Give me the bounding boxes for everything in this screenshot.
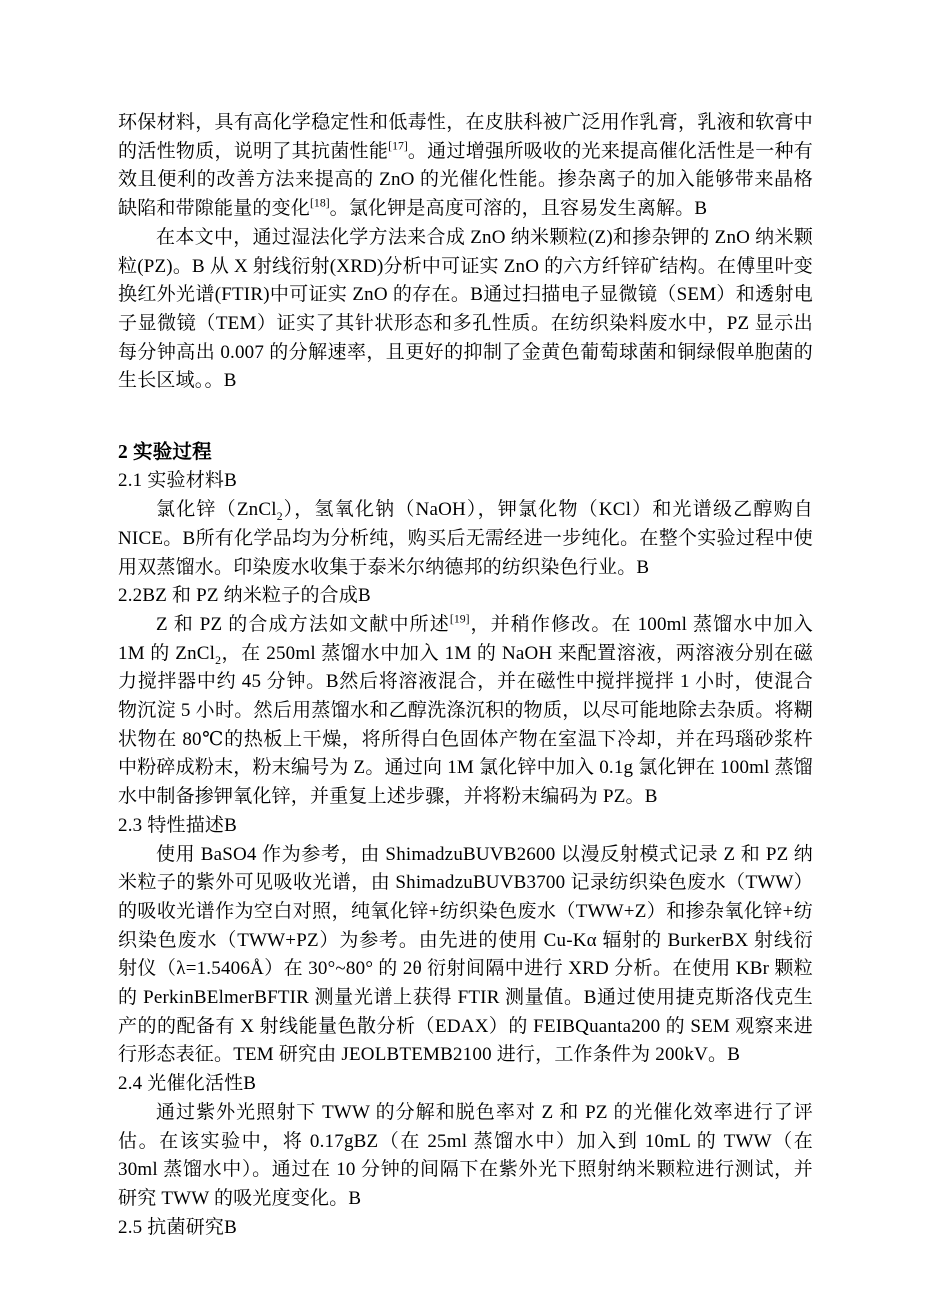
- reference-superscript: [17]: [388, 139, 408, 152]
- text-run: 在本文中，通过湿法化学方法来合成 ZnO 纳米颗粒(Z)和掺杂钾的 ZnO 纳米…: [118, 227, 813, 392]
- section-heading-2-1: 2.1 实验材料B: [118, 467, 813, 496]
- text-run: 2.5 抗菌研究B: [118, 1217, 237, 1238]
- reference-superscript: [18]: [310, 197, 330, 210]
- text-run: 2.1 实验材料B: [118, 470, 237, 491]
- text-run: Z 和 PZ 的合成方法如文献中所述: [156, 614, 450, 635]
- section-heading-2-2: 2.2BZ 和 PZ 纳米粒子的合成B: [118, 582, 813, 611]
- blank-line: [118, 396, 813, 425]
- text-run: 通过紫外光照射下 TWW 的分解和脱色率对 Z 和 PZ 的光催化效率进行了评估…: [118, 1102, 813, 1209]
- paragraph-intro-continued: 环保材料，具有高化学稳定性和低毒性，在皮肤科被广泛用作乳膏，乳液和软膏中的活性物…: [118, 109, 813, 224]
- section-heading-2: 2 实验过程: [118, 439, 813, 468]
- text-run: 使用 BaSO4 作为参考，由 ShimadzuBUVB2600 以漫反射模式记…: [118, 844, 813, 1066]
- reference-superscript: [19]: [450, 613, 470, 626]
- document-content: 环保材料，具有高化学稳定性和低毒性，在皮肤科被广泛用作乳膏，乳液和软膏中的活性物…: [118, 109, 813, 1242]
- section-heading-2-4: 2.4 光催化活性B: [118, 1070, 813, 1099]
- paragraph-photocatalytic: 通过紫外光照射下 TWW 的分解和脱色率对 Z 和 PZ 的光催化效率进行了评估…: [118, 1099, 813, 1214]
- text-run: 2 实验过程: [118, 442, 212, 463]
- paragraph-characterization: 使用 BaSO4 作为参考，由 ShimadzuBUVB2600 以漫反射模式记…: [118, 841, 813, 1071]
- text-run: 2.2BZ 和 PZ 纳米粒子的合成B: [118, 585, 371, 606]
- text-run: 2.3 特性描述B: [118, 815, 237, 836]
- section-heading-2-3: 2.3 特性描述B: [118, 812, 813, 841]
- paragraph-materials: 氯化锌（ZnCl2），氢氧化钠（NaOH），钾氯化物（KCl）和光谱级乙醇购自 …: [118, 496, 813, 582]
- text-run: ，在 250ml 蒸馏水中加入 1M 的 NaOH 来配置溶液，两溶液分别在磁力…: [118, 643, 813, 808]
- paragraph-abstract-summary: 在本文中，通过湿法化学方法来合成 ZnO 纳米颗粒(Z)和掺杂钾的 ZnO 纳米…: [118, 224, 813, 396]
- section-heading-2-5: 2.5 抗菌研究B: [118, 1214, 813, 1243]
- text-run: 2.4 光催化活性B: [118, 1073, 256, 1094]
- text-run: 。氯化钾是高度可溶的，且容易发生离解。B: [330, 198, 708, 219]
- document-page: 环保材料，具有高化学稳定性和低毒性，在皮肤科被广泛用作乳膏，乳液和软膏中的活性物…: [0, 0, 925, 1309]
- text-run: 氯化锌（ZnCl: [156, 499, 277, 520]
- paragraph-synthesis: Z 和 PZ 的合成方法如文献中所述[19]，并稍作修改。在 100ml 蒸馏水…: [118, 611, 813, 812]
